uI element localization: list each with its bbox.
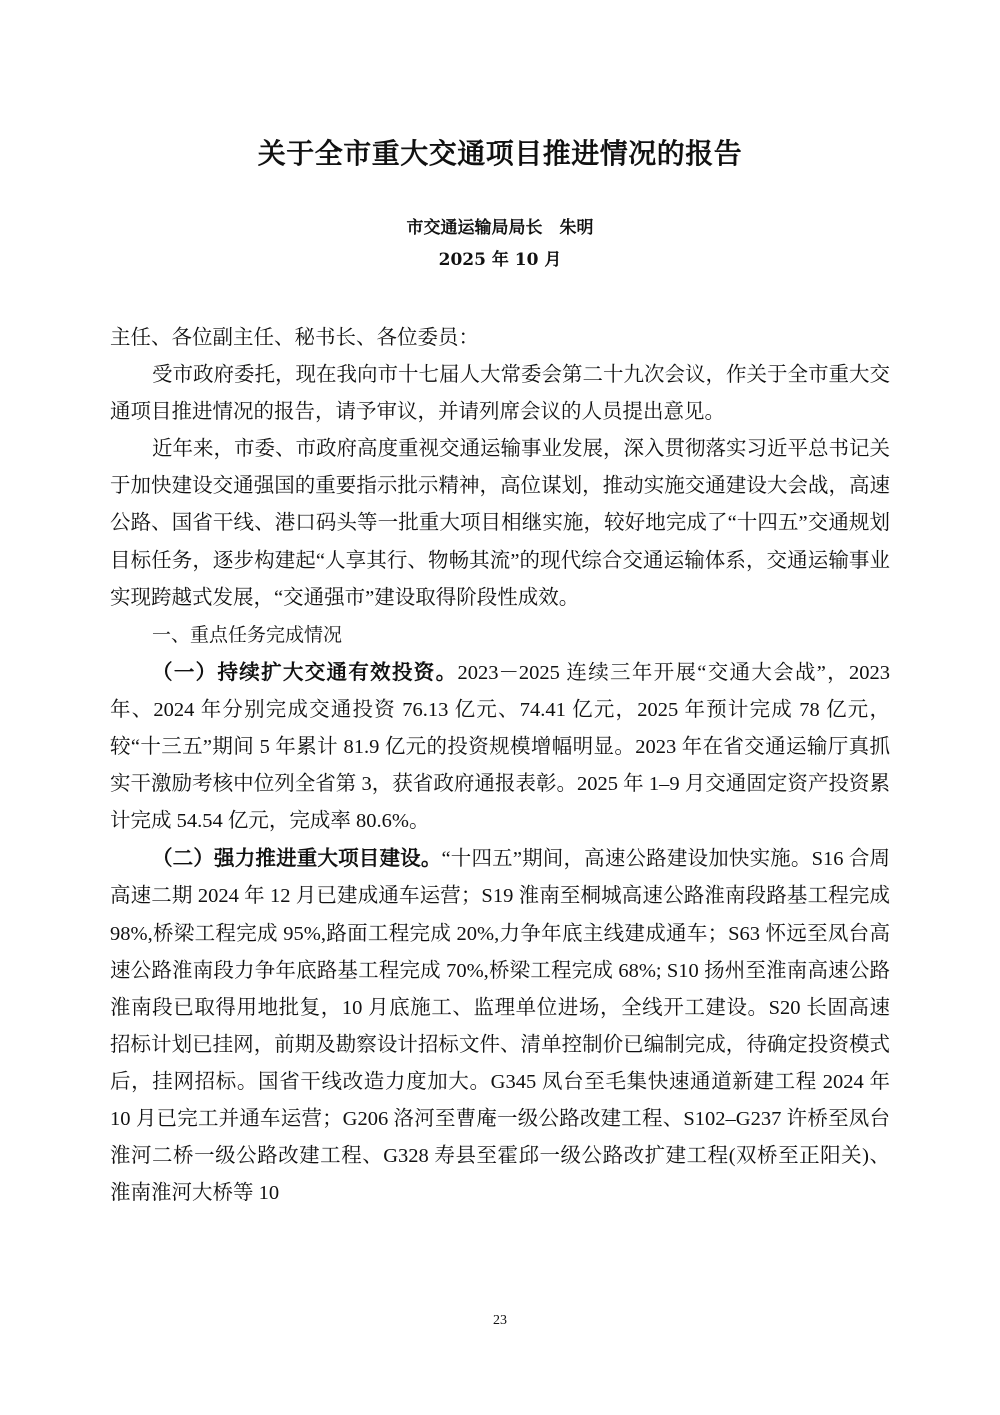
report-date: 2025 年 10 月 xyxy=(0,245,1000,270)
greeting: 主任、各位副主任、秘书长、各位委员： xyxy=(110,320,890,357)
subsection-text: 2023－2025 连续三年开展“交通大会战”，2023 年、2024 年分别完… xyxy=(110,662,890,832)
subsection-text: “十四五”期间，高速公路建设加快实施。S16 合周高速二期 2024 年 12 … xyxy=(110,848,890,1204)
report-title: 关于全市重大交通项目推进情况的报告 xyxy=(0,132,1000,172)
document-page: 关于全市重大交通项目推进情况的报告 市交通运输局局长 朱明 2025 年 10 … xyxy=(0,0,1000,1415)
paragraph-intro: 受市政府委托，现在我向市十七届人大常委会第二十九次会议，作关于全市重大交通项目推… xyxy=(110,357,890,431)
page-number: 23 xyxy=(0,1313,1000,1329)
paragraph-overview: 近年来，市委、市政府高度重视交通运输事业发展，深入贯彻落实习近平总书记关于加快建… xyxy=(110,431,890,616)
report-body: 主任、各位副主任、秘书长、各位委员： 受市政府委托，现在我向市十七届人大常委会第… xyxy=(110,320,890,1212)
subsection-investment: （一）持续扩大交通有效投资。2023－2025 连续三年开展“交通大会战”，20… xyxy=(110,654,890,840)
subsection-lead: （一）持续扩大交通有效投资。 xyxy=(152,660,457,684)
subsection-projects: （二）强力推进重大项目建设。“十四五”期间，高速公路建设加快实施。S16 合周高… xyxy=(110,840,890,1212)
subsection-lead: （二）强力推进重大项目建设。 xyxy=(152,846,442,870)
report-author: 市交通运输局局长 朱明 xyxy=(0,213,1000,238)
section-heading: 一、重点任务完成情况 xyxy=(110,617,890,654)
